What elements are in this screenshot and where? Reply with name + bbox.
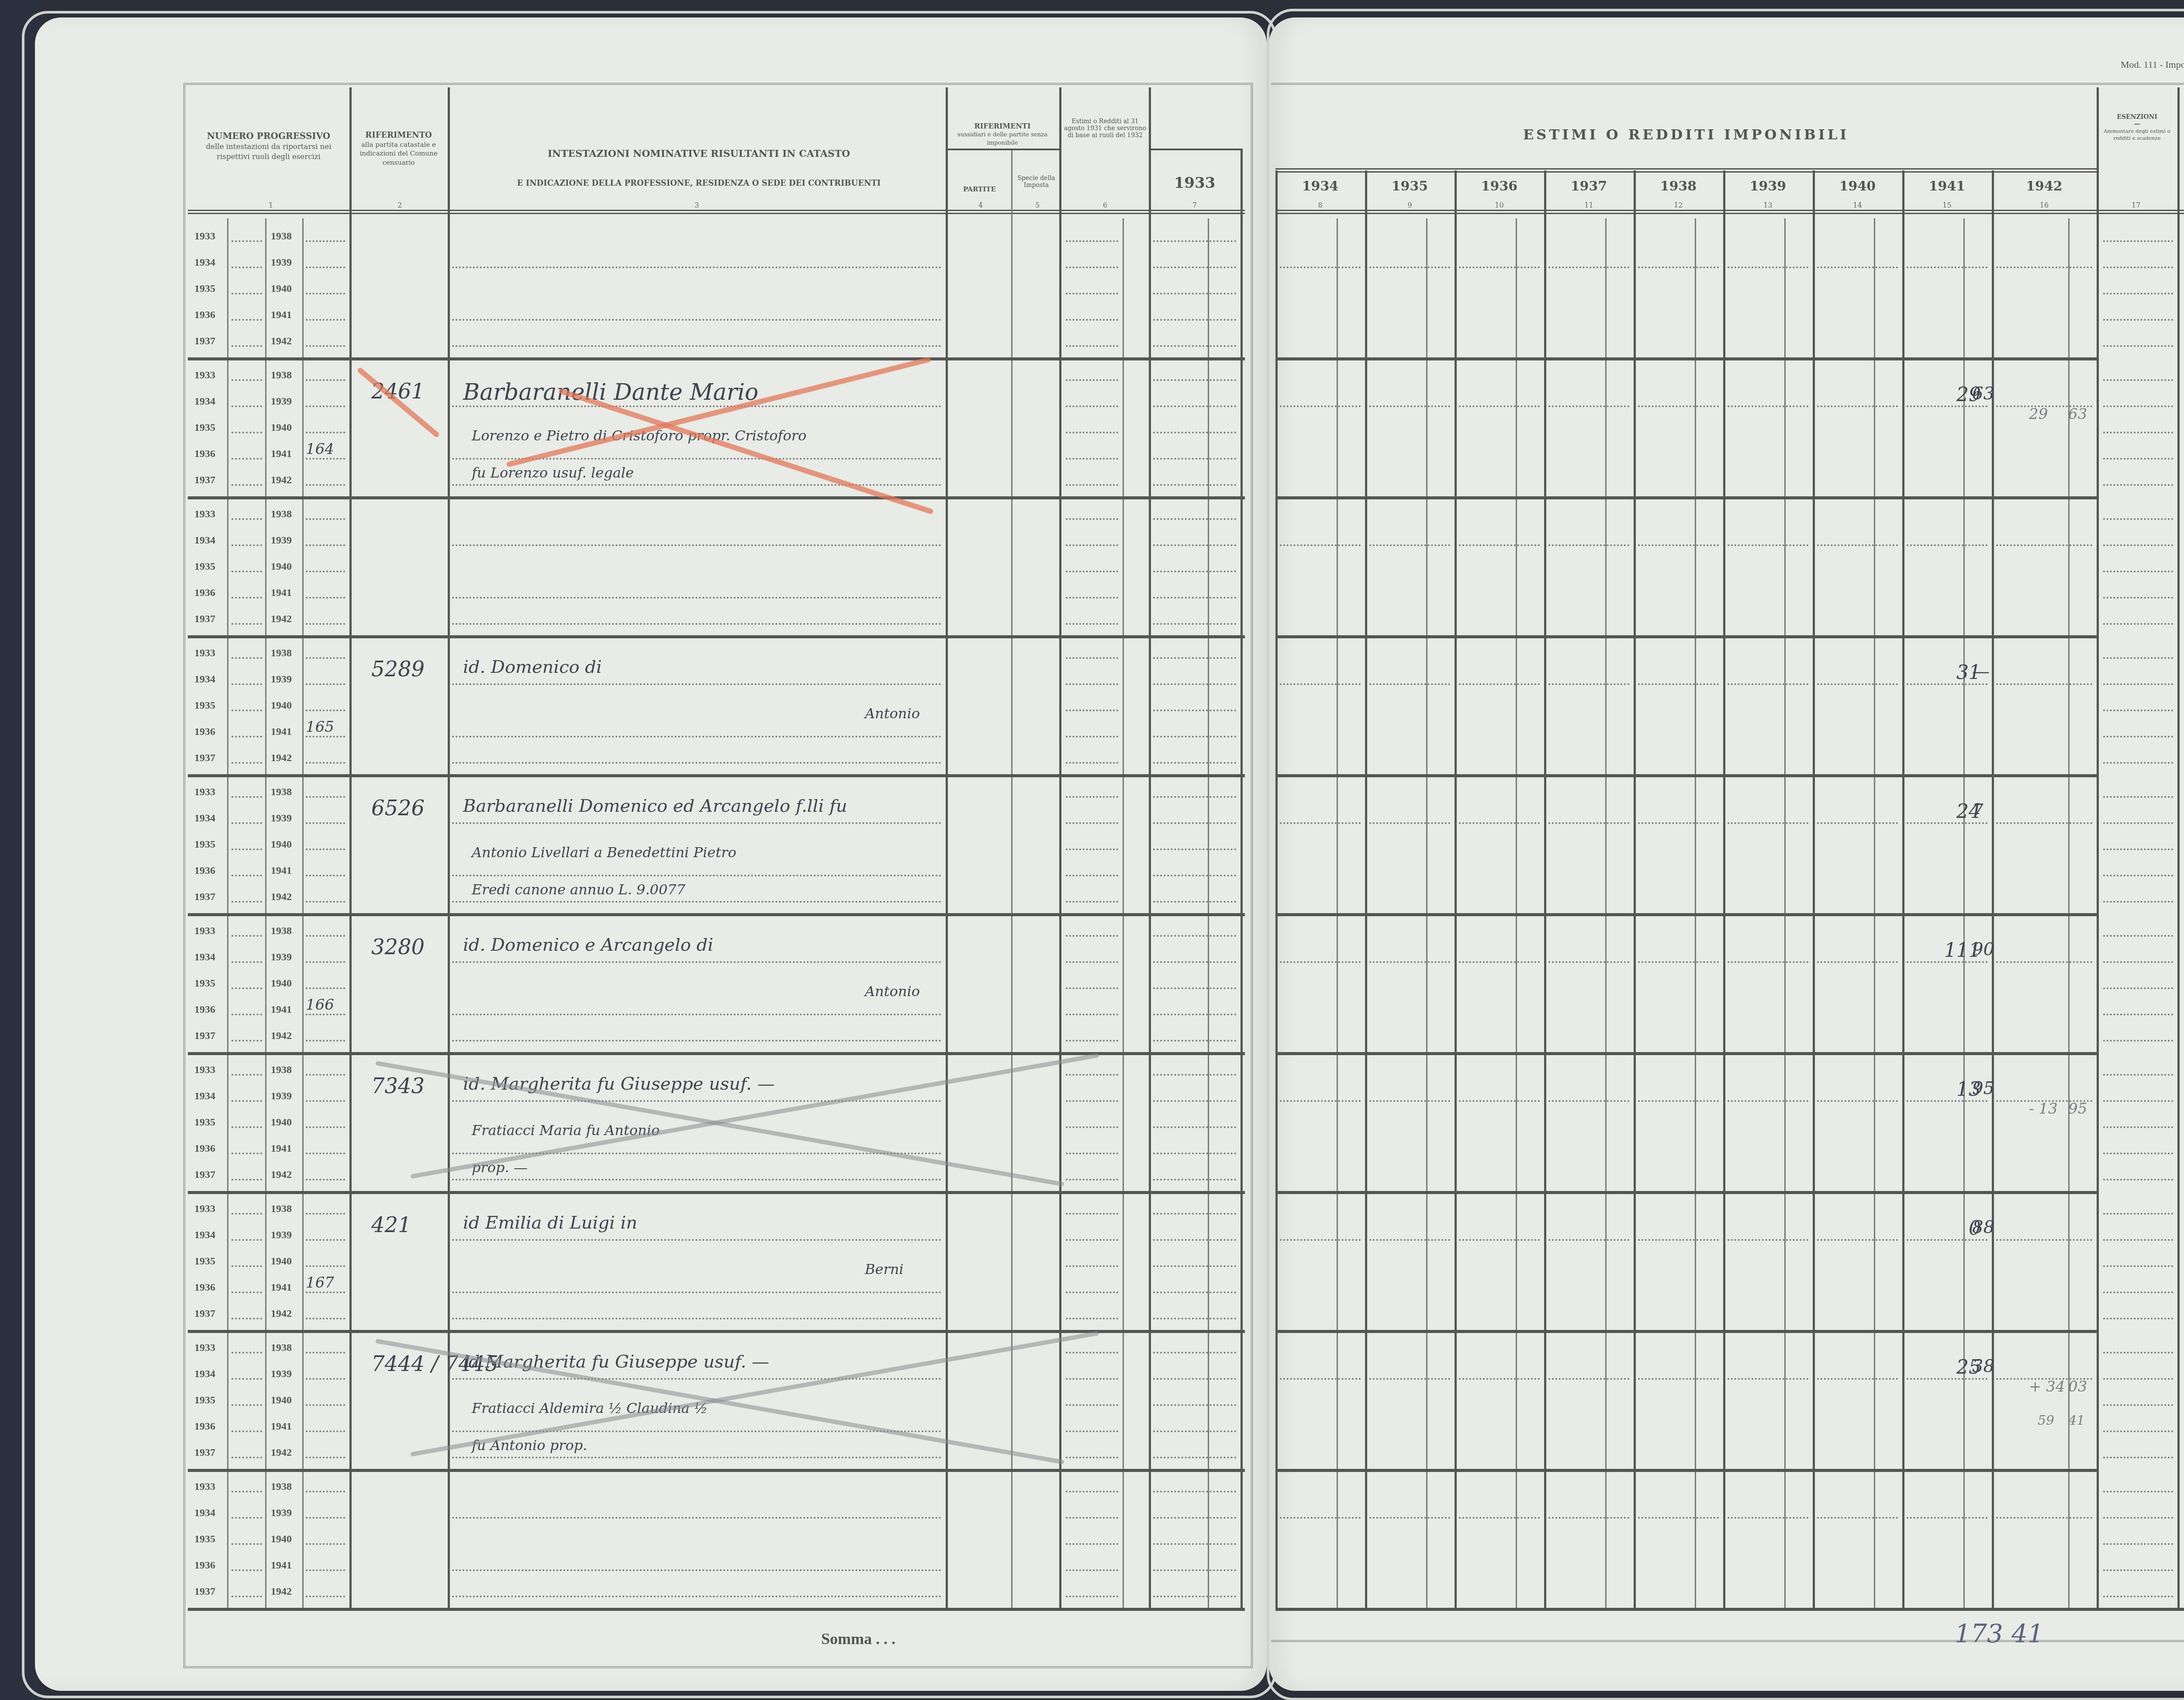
dotted-line bbox=[452, 1100, 941, 1102]
header-year-1940: 1940 bbox=[1813, 179, 1902, 194]
dotted-line bbox=[1153, 1040, 1236, 1042]
dotted-line bbox=[1728, 1239, 1808, 1241]
dotted-line bbox=[1817, 683, 1898, 685]
year-label: 1933 bbox=[194, 647, 215, 659]
dotted-line bbox=[2103, 1404, 2173, 1406]
year-label: 1934 bbox=[194, 1091, 215, 1102]
dotted-line bbox=[1153, 1457, 1236, 1458]
dotted-line bbox=[1638, 405, 1719, 407]
dotted-line bbox=[306, 1491, 345, 1492]
dotted-line bbox=[232, 1074, 262, 1076]
year-label: 1940 bbox=[271, 700, 292, 712]
dotted-line bbox=[306, 762, 345, 764]
dotted-line bbox=[1369, 1378, 1450, 1380]
dotted-line bbox=[1153, 267, 1236, 268]
dotted-line bbox=[232, 901, 262, 903]
dotted-line bbox=[2103, 432, 2173, 433]
dotted-line bbox=[1548, 683, 1629, 685]
dotted-line bbox=[232, 1596, 262, 1597]
dotted-line bbox=[306, 1318, 345, 1319]
year-label: 1935 bbox=[194, 1256, 215, 1267]
header-year-1938: 1938 bbox=[1634, 179, 1723, 194]
dotted-line bbox=[306, 267, 345, 268]
dotted-line bbox=[1280, 961, 1361, 963]
dotted-line bbox=[1638, 822, 1719, 824]
dash-divider: — bbox=[2099, 121, 2175, 128]
year-label: 1933 bbox=[194, 786, 215, 798]
dotted-line bbox=[1153, 319, 1236, 321]
entry-progressivo: 166 bbox=[306, 996, 334, 1014]
dotted-line bbox=[452, 267, 941, 268]
dotted-line bbox=[1066, 1517, 1118, 1519]
dotted-line bbox=[306, 405, 345, 407]
dotted-line bbox=[1638, 1100, 1719, 1102]
dotted-line bbox=[452, 1378, 941, 1380]
col-divider bbox=[946, 87, 948, 1608]
dotted-line bbox=[1153, 405, 1236, 407]
dotted-line bbox=[1728, 822, 1808, 824]
dotted-line bbox=[2103, 1014, 2173, 1015]
dotted-line bbox=[1066, 345, 1118, 347]
dotted-line bbox=[306, 1074, 345, 1076]
dotted-line bbox=[232, 762, 262, 764]
dotted-line bbox=[1280, 822, 1361, 824]
dotted-line bbox=[306, 1100, 345, 1102]
year-label: 1942 bbox=[271, 474, 292, 486]
entry-name-line-2: Antonio bbox=[865, 983, 920, 1000]
dotted-line bbox=[452, 901, 941, 903]
entry-separator bbox=[1275, 1330, 2097, 1333]
dotted-line bbox=[232, 1265, 262, 1267]
year-label: 1941 bbox=[271, 587, 292, 599]
dotted-line bbox=[1066, 796, 1118, 798]
dotted-line bbox=[1548, 267, 1629, 268]
dotted-line bbox=[232, 1517, 262, 1519]
somma-total-int: 173 bbox=[1955, 1619, 2003, 1648]
dotted-line bbox=[1280, 267, 1361, 268]
dotted-line bbox=[1066, 1596, 1118, 1597]
dotted-line bbox=[1369, 1100, 1450, 1102]
header-1933-rule bbox=[1149, 149, 1241, 150]
dotted-line bbox=[1817, 1517, 1898, 1519]
dotted-line bbox=[1066, 987, 1118, 989]
value-1942-int: 29 bbox=[2029, 405, 2048, 423]
dotted-line bbox=[1907, 267, 1987, 268]
dotted-line bbox=[232, 848, 262, 850]
header-estimi-imponibili: ESTIMI O REDDITI IMPONIBILI bbox=[1278, 127, 2094, 143]
dotted-line bbox=[2103, 267, 2173, 268]
dotted-line bbox=[1153, 683, 1236, 685]
col-number-14: 14 bbox=[1813, 201, 1902, 209]
dotted-line bbox=[232, 319, 262, 321]
col-divider bbox=[1059, 87, 1061, 1608]
dotted-line bbox=[232, 544, 262, 546]
year-label: 1939 bbox=[271, 396, 292, 408]
dotted-line bbox=[2103, 1100, 2173, 1102]
entry-partita: 3280 bbox=[371, 935, 425, 959]
dotted-line bbox=[452, 623, 941, 625]
dotted-line bbox=[1153, 1291, 1236, 1293]
dotted-line bbox=[306, 345, 345, 347]
dotted-line bbox=[232, 240, 262, 242]
entry-name-line-1: Barbaranelli Dante Mario bbox=[463, 379, 758, 405]
dotted-line bbox=[1066, 822, 1118, 824]
dotted-line bbox=[1066, 458, 1118, 460]
year-label: 1934 bbox=[194, 1507, 215, 1519]
year-label: 1942 bbox=[271, 752, 292, 764]
dotted-line bbox=[1066, 1126, 1118, 1128]
form-model-label: Mod. 111 - Imposte Dirette (Intercalare)… bbox=[2121, 59, 2184, 70]
dotted-line bbox=[1153, 1517, 1236, 1519]
dotted-line bbox=[306, 1352, 345, 1354]
dotted-line bbox=[2103, 405, 2173, 407]
dotted-line bbox=[1153, 1265, 1236, 1267]
entry-separator bbox=[188, 913, 1245, 916]
dotted-line bbox=[1066, 683, 1118, 685]
entry-separator bbox=[1275, 774, 2097, 777]
dotted-line bbox=[1066, 1100, 1118, 1102]
year-label: 1941 bbox=[271, 448, 292, 460]
dotted-line bbox=[1459, 1239, 1540, 1241]
dotted-line bbox=[232, 1404, 262, 1406]
year-label: 1940 bbox=[271, 1256, 292, 1267]
header-riferimenti-sussidiari: RIFERIMENTI sussidiari e delle partite s… bbox=[948, 122, 1057, 146]
dotted-line bbox=[1817, 961, 1898, 963]
year-label: 1933 bbox=[194, 925, 215, 937]
year-label: 1936 bbox=[194, 1421, 215, 1433]
entry-name-line-2: Berni bbox=[865, 1261, 904, 1278]
col-number-17: 17 bbox=[2132, 201, 2140, 209]
year-label: 1937 bbox=[194, 891, 215, 903]
year-label: 1940 bbox=[271, 561, 292, 573]
dotted-line bbox=[1153, 1318, 1236, 1319]
dotted-line bbox=[306, 683, 345, 685]
dotted-line bbox=[306, 1543, 345, 1545]
dotted-line bbox=[232, 432, 262, 433]
dotted-line bbox=[2103, 1430, 2173, 1432]
header-riferimento: RIFERIMENTO alla partita catastale e ind… bbox=[352, 131, 446, 167]
dotted-line bbox=[232, 1014, 262, 1015]
value-1942-int: - 13 bbox=[2029, 1100, 2058, 1118]
col-divider bbox=[1902, 170, 1904, 1608]
dotted-line bbox=[1548, 1100, 1629, 1102]
dotted-line bbox=[2103, 1457, 2173, 1458]
dotted-line bbox=[1066, 267, 1118, 268]
dotted-line bbox=[232, 1318, 262, 1319]
dotted-line bbox=[1996, 544, 2092, 546]
dotted-line bbox=[1153, 1014, 1236, 1015]
right-bottom-rule bbox=[1275, 1608, 2184, 1611]
entry-separator bbox=[188, 1469, 1245, 1472]
dotted-line bbox=[2103, 736, 2173, 737]
col-divider bbox=[2177, 87, 2180, 1608]
dotted-line bbox=[1153, 345, 1236, 347]
dotted-line bbox=[2103, 345, 2173, 347]
dotted-line bbox=[1369, 544, 1450, 546]
dotted-line bbox=[232, 822, 262, 824]
value-1942-total-dec: 41 bbox=[2068, 1413, 2085, 1428]
dotted-line bbox=[1066, 1179, 1118, 1181]
year-label: 1935 bbox=[194, 1534, 215, 1545]
dotted-line bbox=[306, 657, 345, 659]
dotted-line bbox=[1153, 1430, 1236, 1432]
header-year-1939: 1939 bbox=[1723, 179, 1813, 194]
year-label: 1940 bbox=[271, 839, 292, 851]
year-label: 1940 bbox=[271, 422, 292, 434]
dotted-line bbox=[306, 293, 345, 294]
dotted-line bbox=[1153, 432, 1236, 433]
header-year-1941: 1941 bbox=[1902, 179, 1992, 194]
dotted-line bbox=[1066, 544, 1118, 546]
dotted-line bbox=[1153, 901, 1236, 903]
header-year-1936: 1936 bbox=[1455, 179, 1544, 194]
col-number-15: 15 bbox=[1902, 201, 1992, 209]
dotted-line bbox=[1066, 405, 1118, 407]
col-number-9: 9 bbox=[1365, 201, 1455, 209]
dotted-line bbox=[1066, 1318, 1118, 1319]
dotted-line bbox=[232, 484, 262, 486]
dotted-line bbox=[2103, 935, 2173, 937]
header-year-1937: 1937 bbox=[1544, 179, 1634, 194]
entry-partita: 7343 bbox=[371, 1074, 425, 1098]
dotted-line bbox=[232, 1569, 262, 1571]
dotted-line bbox=[1066, 1404, 1118, 1406]
dotted-line bbox=[2103, 544, 2173, 546]
dotted-line bbox=[306, 240, 345, 242]
dotted-line bbox=[1280, 405, 1361, 407]
dotted-line bbox=[1066, 1014, 1118, 1015]
dotted-line bbox=[306, 597, 345, 599]
col-divider bbox=[1634, 170, 1636, 1608]
value-1941-dec: 88 bbox=[1972, 1217, 1994, 1237]
dotted-line bbox=[306, 1265, 345, 1267]
dotted-line bbox=[1548, 405, 1629, 407]
dotted-line bbox=[1459, 267, 1540, 268]
dotted-line bbox=[1817, 405, 1898, 407]
year-label: 1937 bbox=[194, 1169, 215, 1181]
col-number-16: 16 bbox=[1992, 201, 2097, 209]
dotted-line bbox=[232, 1352, 262, 1354]
year-label: 1937 bbox=[194, 336, 215, 347]
dotted-line bbox=[2103, 1074, 2173, 1076]
dotted-line bbox=[1066, 484, 1118, 486]
dotted-line bbox=[2103, 1352, 2173, 1354]
year-label: 1934 bbox=[194, 1229, 215, 1241]
dotted-line bbox=[1817, 1239, 1898, 1241]
dotted-line bbox=[2103, 1126, 2173, 1128]
year-label: 1939 bbox=[271, 1507, 292, 1519]
value-1942-dec: 03 bbox=[2068, 1378, 2087, 1395]
year-label: 1941 bbox=[271, 1421, 292, 1433]
dotted-line bbox=[452, 544, 941, 546]
col-number-4: 4 bbox=[976, 201, 985, 209]
dotted-line bbox=[306, 544, 345, 546]
col-divider bbox=[1241, 149, 1243, 1608]
dotted-line bbox=[1548, 961, 1629, 963]
year-label: 1939 bbox=[271, 257, 292, 269]
entry-name-line-1: id. Domenico di bbox=[463, 657, 602, 677]
dotted-line bbox=[306, 319, 345, 321]
dotted-line bbox=[452, 762, 941, 764]
year-label: 1937 bbox=[194, 1586, 215, 1598]
year-label: 1938 bbox=[271, 786, 292, 798]
year-label: 1941 bbox=[271, 865, 292, 877]
dotted-line bbox=[1153, 597, 1236, 599]
value-1941-dec: 90 bbox=[1972, 939, 1994, 959]
dotted-line bbox=[1548, 1378, 1629, 1380]
dotted-line bbox=[1638, 544, 1719, 546]
year-label: 1933 bbox=[194, 1203, 215, 1215]
col-number-8: 8 bbox=[1275, 201, 1365, 209]
dotted-line bbox=[1153, 623, 1236, 625]
year-label: 1936 bbox=[194, 1560, 215, 1572]
year-label: 1941 bbox=[271, 1560, 292, 1572]
dotted-line bbox=[1280, 1517, 1361, 1519]
col-number-6: 6 bbox=[1101, 201, 1109, 209]
dotted-line bbox=[2103, 1378, 2173, 1380]
value-1942-int: + 34 bbox=[2029, 1378, 2065, 1395]
dotted-line bbox=[232, 961, 262, 963]
year-label: 1933 bbox=[194, 509, 215, 520]
value-1941-dec: 38 bbox=[1972, 1356, 1994, 1376]
dotted-line bbox=[1728, 1100, 1808, 1102]
dotted-line bbox=[1066, 848, 1118, 850]
dotted-line bbox=[2103, 518, 2173, 520]
dotted-line bbox=[306, 796, 345, 798]
dotted-line bbox=[232, 1491, 262, 1492]
dotted-line bbox=[1153, 1491, 1236, 1492]
dotted-line bbox=[2103, 1569, 2173, 1571]
dotted-line bbox=[1153, 1352, 1236, 1354]
col-divider bbox=[349, 87, 352, 1608]
dotted-line bbox=[1728, 405, 1808, 407]
dotted-line bbox=[306, 987, 345, 989]
col-divider bbox=[1011, 149, 1013, 1608]
year-label: 1939 bbox=[271, 813, 292, 824]
entry-separator bbox=[1275, 496, 2097, 499]
dotted-line bbox=[2103, 1291, 2173, 1293]
dotted-line bbox=[2103, 657, 2173, 659]
dotted-line bbox=[1066, 518, 1118, 520]
entry-separator bbox=[1275, 1469, 2097, 1472]
dotted-line bbox=[1153, 1179, 1236, 1181]
entry-name-line-2: Antonio bbox=[865, 705, 920, 722]
dotted-line bbox=[452, 683, 941, 685]
dotted-line bbox=[2103, 987, 2173, 989]
entry-separator bbox=[188, 496, 1245, 499]
dotted-line bbox=[1066, 935, 1118, 937]
entry-separator bbox=[1275, 1052, 2097, 1055]
col-number-1: 1 bbox=[266, 201, 275, 209]
dotted-line bbox=[1728, 267, 1808, 268]
year-label: 1935 bbox=[194, 422, 215, 434]
dotted-line bbox=[1066, 1291, 1118, 1293]
year-label: 1936 bbox=[194, 448, 215, 460]
dotted-line bbox=[306, 1126, 345, 1128]
year-label: 1933 bbox=[194, 1064, 215, 1076]
dotted-line bbox=[232, 683, 262, 685]
year-label: 1940 bbox=[271, 1395, 292, 1406]
dotted-line bbox=[1066, 1378, 1118, 1380]
dotted-line bbox=[306, 961, 345, 963]
dotted-line bbox=[1153, 1239, 1236, 1241]
header-numero-progressivo: NUMERO PROGRESSIVO delle intestazioni da… bbox=[192, 131, 345, 161]
dotted-line bbox=[1066, 1153, 1118, 1154]
dotted-line bbox=[2103, 848, 2173, 850]
year-label: 1942 bbox=[271, 1586, 292, 1598]
year-label: 1935 bbox=[194, 561, 215, 573]
entry-separator bbox=[188, 1052, 1245, 1055]
dotted-line bbox=[1459, 544, 1540, 546]
dotted-line bbox=[1369, 822, 1450, 824]
dotted-line bbox=[1907, 544, 1987, 546]
dotted-line bbox=[452, 1014, 941, 1015]
dotted-line bbox=[1548, 1517, 1629, 1519]
dotted-line bbox=[452, 1596, 941, 1597]
dotted-line bbox=[1066, 1430, 1118, 1432]
year-label: 1942 bbox=[271, 1169, 292, 1181]
year-label: 1942 bbox=[271, 613, 292, 625]
header-sub-rule bbox=[948, 149, 1059, 150]
dotted-line bbox=[2103, 458, 2173, 460]
dotted-line bbox=[2103, 961, 2173, 963]
dotted-line bbox=[232, 571, 262, 572]
dotted-line bbox=[1153, 1153, 1236, 1154]
entry-name-line-2: Antonio Livellari a Benedettini Pietro bbox=[472, 844, 736, 861]
entry-separator bbox=[188, 774, 1245, 777]
entry-separator bbox=[1275, 1191, 2097, 1194]
dotted-line bbox=[1996, 1517, 2092, 1519]
dotted-line bbox=[2103, 1318, 2173, 1319]
dotted-line bbox=[232, 1040, 262, 1042]
dotted-line bbox=[232, 736, 262, 737]
dotted-line bbox=[452, 319, 941, 321]
value-1941-dec: — bbox=[1972, 661, 1990, 682]
value-1942-dec: 95 bbox=[2068, 1100, 2087, 1118]
dotted-line bbox=[232, 379, 262, 381]
dotted-line bbox=[1548, 1239, 1629, 1241]
dotted-line bbox=[1066, 432, 1118, 433]
dotted-line bbox=[1996, 822, 2092, 824]
header-year-1942: 1942 bbox=[1992, 179, 2097, 194]
dotted-line bbox=[1996, 1239, 2092, 1241]
dotted-line bbox=[2103, 571, 2173, 572]
header-estimi-1932: Estimi o Redditi al 31 agosto 1931 che s… bbox=[1061, 118, 1149, 139]
dotted-line bbox=[452, 1291, 941, 1293]
dotted-line bbox=[1066, 736, 1118, 737]
value-1941-dec: 7 bbox=[1972, 800, 1983, 821]
value-1942-total-int: 59 bbox=[2038, 1413, 2054, 1428]
dotted-line bbox=[1907, 1517, 1987, 1519]
dotted-line bbox=[232, 597, 262, 599]
right-table-frame bbox=[1271, 83, 2184, 1642]
dotted-line bbox=[1548, 544, 1629, 546]
dotted-line bbox=[232, 1457, 262, 1458]
year-label: 1938 bbox=[271, 370, 292, 381]
dotted-line bbox=[1638, 683, 1719, 685]
year-label: 1939 bbox=[271, 535, 292, 547]
dotted-line bbox=[2103, 762, 2173, 764]
year-label: 1942 bbox=[271, 891, 292, 903]
dotted-line bbox=[1066, 379, 1118, 381]
year-label: 1941 bbox=[271, 1004, 292, 1016]
value-1941-dec: 63 bbox=[1972, 384, 1994, 404]
year-label: 1940 bbox=[271, 283, 292, 295]
dotted-line bbox=[2103, 1596, 2173, 1597]
dotted-line bbox=[232, 796, 262, 798]
year-label: 1936 bbox=[194, 309, 215, 321]
year-label: 1938 bbox=[271, 509, 292, 520]
